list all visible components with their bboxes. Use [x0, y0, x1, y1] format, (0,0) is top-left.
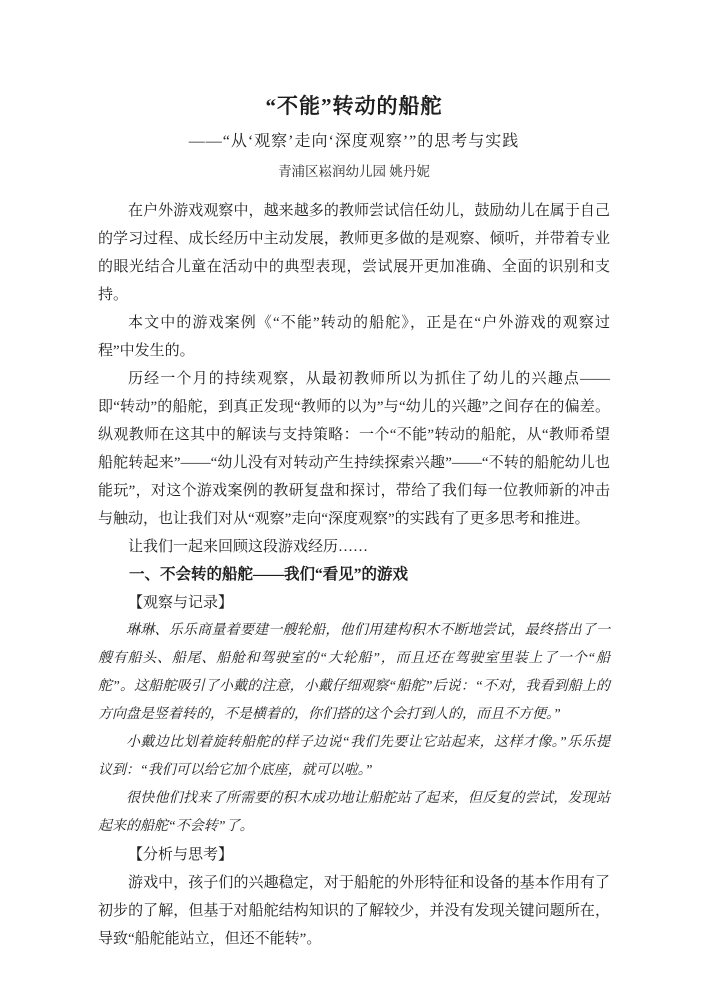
document-subtitle: ——“从‘观察’走向‘深度观察’”的思考与实践: [98, 131, 610, 153]
observation-paragraph-1: 琳琳、乐乐商量着要建一艘轮船，他们用建构积木不断地尝试，最终搭出了一艘有船头、船…: [98, 617, 610, 729]
intro-paragraph-2: 本文中的游戏案例《“不能”转动的船舵》，正是在“户外游戏的观察过程”中发生的。: [98, 309, 610, 365]
observation-paragraph-2: 小戴边比划着旋转船舵的样子边说“我们先要让它站起来，这样才像。”乐乐提议到：“我…: [98, 729, 610, 785]
intro-paragraph-4: 让我们一起来回顾这段游戏经历……: [98, 533, 610, 561]
section-heading-1: 一、不会转的船舵——我们“看见”的游戏: [98, 561, 610, 589]
analysis-thinking-label: 【分析与思考】: [98, 841, 610, 869]
author-line: 青浦区崧润幼儿园 姚丹妮: [98, 162, 610, 181]
observation-paragraph-3: 很快他们找来了所需要的积木成功地让船舵站了起来，但反复的尝试，发现站起来的船舵“…: [98, 785, 610, 841]
intro-paragraph-1: 在户外游戏观察中，越来越多的教师尝试信任幼儿，鼓励幼儿在属于自己的学习过程、成长…: [98, 197, 610, 309]
observe-record-label: 【观察与记录】: [98, 589, 610, 617]
intro-paragraph-3: 历经一个月的持续观察，从最初教师所以为抓住了幼儿的兴趣点——即“转动”的船舵，到…: [98, 365, 610, 533]
analysis-paragraph-1: 游戏中，孩子们的兴趣稳定，对于船舵的外形特征和设备的基本作用有了初步的了解，但基…: [98, 869, 610, 953]
document-page: “不能”转动的船舵 ——“从‘观察’走向‘深度观察’”的思考与实践 青浦区崧润幼…: [0, 0, 707, 999]
document-title: “不能”转动的船舵: [98, 93, 610, 120]
document-body: 在户外游戏观察中，越来越多的教师尝试信任幼儿，鼓励幼儿在属于自己的学习过程、成长…: [98, 197, 610, 953]
